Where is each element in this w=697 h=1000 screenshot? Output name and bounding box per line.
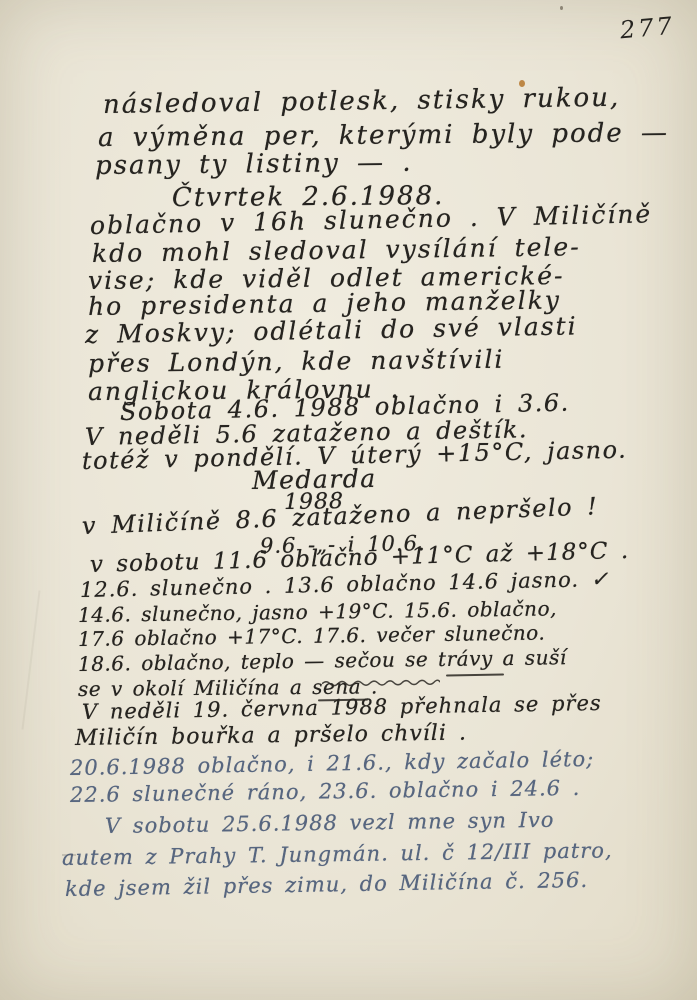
wavy-underline [322,671,440,692]
diary-page: 277 následoval potlesk, stisky rukou, a … [0,0,697,1000]
handwritten-line: V sobotu 25.6.1988 vezl mne syn Ivo [105,808,555,838]
straight-underline-travy [446,673,504,676]
handwritten-line: přes Londýn, kde navštívili [88,345,505,378]
handwritten-line: Miličín bouřka a pršelo chvíli . [75,721,467,751]
handwritten-line: 22.6 slunečné ráno, 23.6. oblačno i 24.6… [70,776,581,807]
page-number: 277 [619,12,676,45]
handwritten-line: následoval potlesk, stisky rukou, [103,83,621,120]
handwritten-line: psany ty listiny — . [95,148,413,181]
paper-crease [21,590,40,729]
handwritten-line: kde jsem žil přes zimu, do Miličína č. 2… [65,868,589,901]
dark-speck [560,6,563,10]
handwritten-line: autem z Prahy T. Jungmán. ul. č 12/III p… [62,838,613,870]
rust-speck [519,80,525,87]
faint-margin-mark [62,854,76,856]
handwritten-line: 20.6.1988 oblačno, i 21.6., kdy začalo l… [70,747,595,780]
